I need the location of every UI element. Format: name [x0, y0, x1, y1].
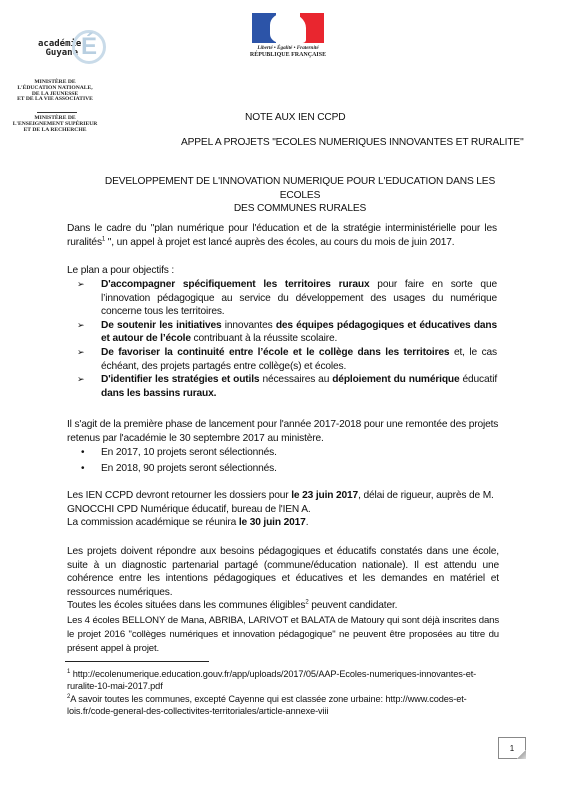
- objective-text: nécessaires au: [259, 374, 332, 385]
- marianne-profile-icon: [270, 13, 306, 43]
- bullet-dot-icon: •: [81, 462, 84, 476]
- arrow-bullet-icon: ➢: [77, 346, 84, 360]
- footnote-divider: [65, 661, 209, 662]
- bullet-text: En 2018, 90 projets seront sélectionnés.: [101, 463, 277, 474]
- page-number: 1: [510, 744, 514, 753]
- dossiers-text: .: [306, 517, 309, 528]
- phase-bullets: •En 2017, 10 projets seront sélectionnés…: [101, 446, 497, 475]
- objective-bold: D'accompagner spécifiquement les territo…: [101, 279, 369, 290]
- objective-text: contribuant à la réussite scolaire.: [191, 333, 337, 344]
- footnote-1: 1 http://ecolenumerique.education.gouv.f…: [67, 668, 497, 693]
- dev-title-line2: DES COMMUNES RURALES: [100, 202, 500, 216]
- objective-bold: dans les bassins ruraux.: [101, 388, 216, 399]
- ministry1-line: ET DE LA VIE ASSOCIATIVE: [5, 97, 105, 103]
- footnote-2: 2A savoir toutes les communes, excepté C…: [67, 693, 497, 718]
- appel-title: APPEL A PROJETS "ECOLES NUMERIQUES INNOV…: [181, 136, 524, 150]
- eligibility-text: peuvent candidater.: [309, 600, 398, 611]
- objective-item: ➢ D'identifier les stratégies et outils …: [101, 373, 497, 400]
- letter-e-icon: É: [72, 30, 106, 64]
- intro-text: ", un appel à projet est lancé auprès de…: [105, 237, 454, 248]
- note-title: NOTE AUX IEN CCPD: [245, 111, 345, 125]
- commission-date: le 30 juin 2017: [239, 517, 306, 528]
- page-curl-icon: [517, 750, 526, 759]
- objective-bold: D'identifier les stratégies et outils: [101, 374, 259, 385]
- phase-bullet-item: •En 2017, 10 projets seront sélectionnés…: [101, 446, 497, 460]
- footnote-link[interactable]: A savoir toutes les communes, excepté Ca…: [67, 694, 467, 716]
- phase-paragraph: Il s'agit de la première phase de lancem…: [67, 418, 499, 445]
- objective-text: éducatif: [460, 374, 498, 385]
- intro-paragraph: Dans le cadre du "plan numérique pour l'…: [67, 222, 497, 249]
- objective-text: innovantes: [222, 320, 276, 331]
- arrow-bullet-icon: ➢: [77, 373, 84, 387]
- eligibility-text: Toutes les écoles situées dans les commu…: [67, 600, 305, 611]
- dev-title-line1: DEVELOPPEMENT DE L'INNOVATION NUMERIQUE …: [100, 175, 500, 202]
- eligibility-paragraph: Toutes les écoles situées dans les commu…: [67, 599, 499, 613]
- phase-bullet-item: •En 2018, 90 projets seront sélectionnés…: [101, 462, 497, 476]
- academie-guyane-logo: académie Guyane É: [30, 22, 110, 62]
- dossiers-paragraph: Les IEN CCPD devront retourner les dossi…: [67, 489, 499, 530]
- bullet-dot-icon: •: [81, 446, 84, 460]
- objectives-heading: Le plan a pour objectifs :: [67, 264, 174, 278]
- arrow-bullet-icon: ➢: [77, 319, 84, 333]
- objective-bold: De soutenir les initiatives: [101, 320, 222, 331]
- page-number-box: 1: [498, 737, 526, 759]
- ministry-education: MINISTÈRE DE L'ÉDUCATION NATIONALE, DE L…: [5, 80, 105, 103]
- ministry-divider: [37, 112, 77, 113]
- objective-bold: déploiement du numérique: [332, 374, 459, 385]
- dev-title: DEVELOPPEMENT DE L'INNOVATION NUMERIQUE …: [100, 175, 500, 216]
- ministry-higher-ed: MINISTÈRE DE L'ENSEIGNEMENT SUPÉRIEUR ET…: [5, 116, 105, 133]
- republic-name: RÉPUBLIQUE FRANÇAISE: [244, 52, 332, 58]
- objective-item: ➢ De soutenir les initiatives innovantes…: [101, 319, 497, 346]
- marianne-logo: [252, 13, 324, 43]
- arrow-bullet-icon: ➢: [77, 278, 84, 292]
- deadline-date: le 23 juin 2017: [291, 490, 358, 501]
- objective-bold: De favoriser la continuité entre l’école…: [101, 347, 449, 358]
- projets-paragraph: Les projets doivent répondre aux besoins…: [67, 545, 499, 599]
- objectives-list: ➢ D'accompagner spécifiquement les terri…: [101, 278, 497, 400]
- dossiers-text: Les IEN CCPD devront retourner les dossi…: [67, 490, 291, 501]
- bullet-text: En 2017, 10 projets seront sélectionnés.: [101, 447, 277, 458]
- footnotes: 1 http://ecolenumerique.education.gouv.f…: [67, 668, 497, 718]
- republic-motto: Liberté • Égalité • Fraternité: [244, 45, 332, 51]
- dossiers-text: La commission académique se réunira: [67, 517, 239, 528]
- ministry2-line: ET DE LA RECHERCHE: [5, 128, 105, 134]
- objective-item: ➢ De favoriser la continuité entre l’éco…: [101, 346, 497, 373]
- footnote-link[interactable]: http://ecolenumerique.education.gouv.fr/…: [67, 669, 476, 691]
- objective-item: ➢ D'accompagner spécifiquement les terri…: [101, 278, 497, 319]
- exclusions-paragraph: Les 4 écoles BELLONY de Mana, ABRIBA, LA…: [67, 614, 499, 656]
